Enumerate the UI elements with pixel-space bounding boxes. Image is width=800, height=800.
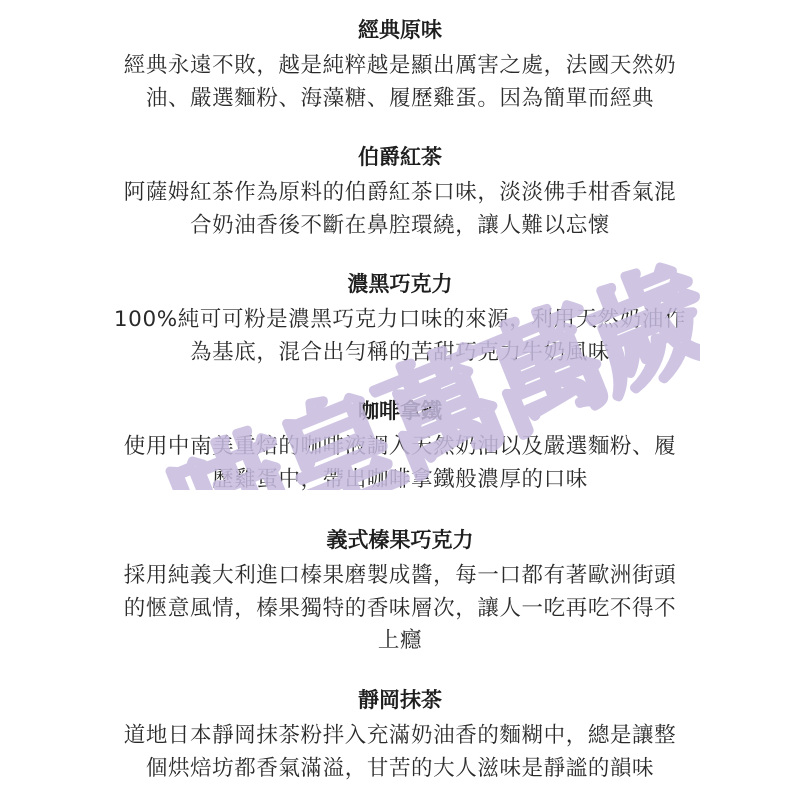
flavor-title: 伯爵紅茶 (0, 143, 800, 171)
flavor-section-original: 經典原味 經典永遠不敗，越是純粹越是顯出厲害之處，法國天然奶 油、嚴選麵粉、海藻… (0, 16, 800, 115)
flavor-description-line: 個烘焙坊都香氣滿溢，甘苦的大人滋味是靜謐的韻味 (0, 753, 800, 786)
flavor-section-earl-grey: 伯爵紅茶 阿薩姆紅茶作為原料的伯爵紅茶口味，淡淡佛手柑香氣混 合奶油香後不斷在鼻… (0, 143, 800, 242)
flavor-description-line: 上癮 (0, 625, 800, 658)
flavor-description-line: 經典永遠不敗，越是純粹越是顯出厲害之處，法國天然奶 (0, 50, 800, 83)
flavor-description-page: 經典原味 經典永遠不敗，越是純粹越是顯出厲害之處，法國天然奶 油、嚴選麵粉、海藻… (0, 0, 800, 800)
flavor-section-hazelnut-chocolate: 義式榛果巧克力 採用純義大利進口榛果磨製成醬，每一口都有著歐洲街頭 的愜意風情，… (0, 526, 800, 658)
flavor-section-coffee-latte: 咖啡拿鐵 使用中南美重焙的咖啡液調入天然奶油以及嚴選麵粉、履 歷雞蛋中，帶出咖啡… (0, 397, 800, 496)
flavor-title: 靜岡抹茶 (0, 686, 800, 714)
flavor-title: 咖啡拿鐵 (0, 397, 800, 425)
flavor-description-line: 油、嚴選麵粉、海藻糖、履歷雞蛋。因為簡單而經典 (0, 83, 800, 116)
flavor-title: 義式榛果巧克力 (0, 526, 800, 554)
flavor-title: 經典原味 (0, 16, 800, 44)
flavor-description-line: 的愜意風情，榛果獨特的香味層次，讓人一吃再吃不得不 (0, 593, 800, 626)
flavor-description-line: 100%純可可粉是濃黑巧克力口味的來源，利用天然奶油作 (0, 304, 800, 337)
flavor-description-line: 阿薩姆紅茶作為原料的伯爵紅茶口味，淡淡佛手柑香氣混 (0, 177, 800, 210)
flavor-section-shizuoka-matcha: 靜岡抹茶 道地日本靜岡抹茶粉拌入充滿奶油香的麵糊中，總是讓整 個烘焙坊都香氣滿溢… (0, 686, 800, 785)
flavor-description-line: 採用純義大利進口榛果磨製成醬，每一口都有著歐洲街頭 (0, 560, 800, 593)
flavor-section-dark-chocolate: 濃黑巧克力 100%純可可粉是濃黑巧克力口味的來源，利用天然奶油作 為基底，混合… (0, 270, 800, 369)
flavor-description-line: 為基底，混合出勻稱的苦甜巧克力牛奶風味 (0, 337, 800, 370)
flavor-description-line: 歷雞蛋中，帶出咖啡拿鐵般濃厚的口味 (0, 464, 800, 497)
flavor-description-line: 使用中南美重焙的咖啡液調入天然奶油以及嚴選麵粉、履 (0, 431, 800, 464)
flavor-description-line: 道地日本靜岡抹茶粉拌入充滿奶油香的麵糊中，總是讓整 (0, 720, 800, 753)
flavor-title: 濃黑巧克力 (0, 270, 800, 298)
flavor-description-line: 合奶油香後不斷在鼻腔環繞，讓人難以忘懷 (0, 210, 800, 243)
